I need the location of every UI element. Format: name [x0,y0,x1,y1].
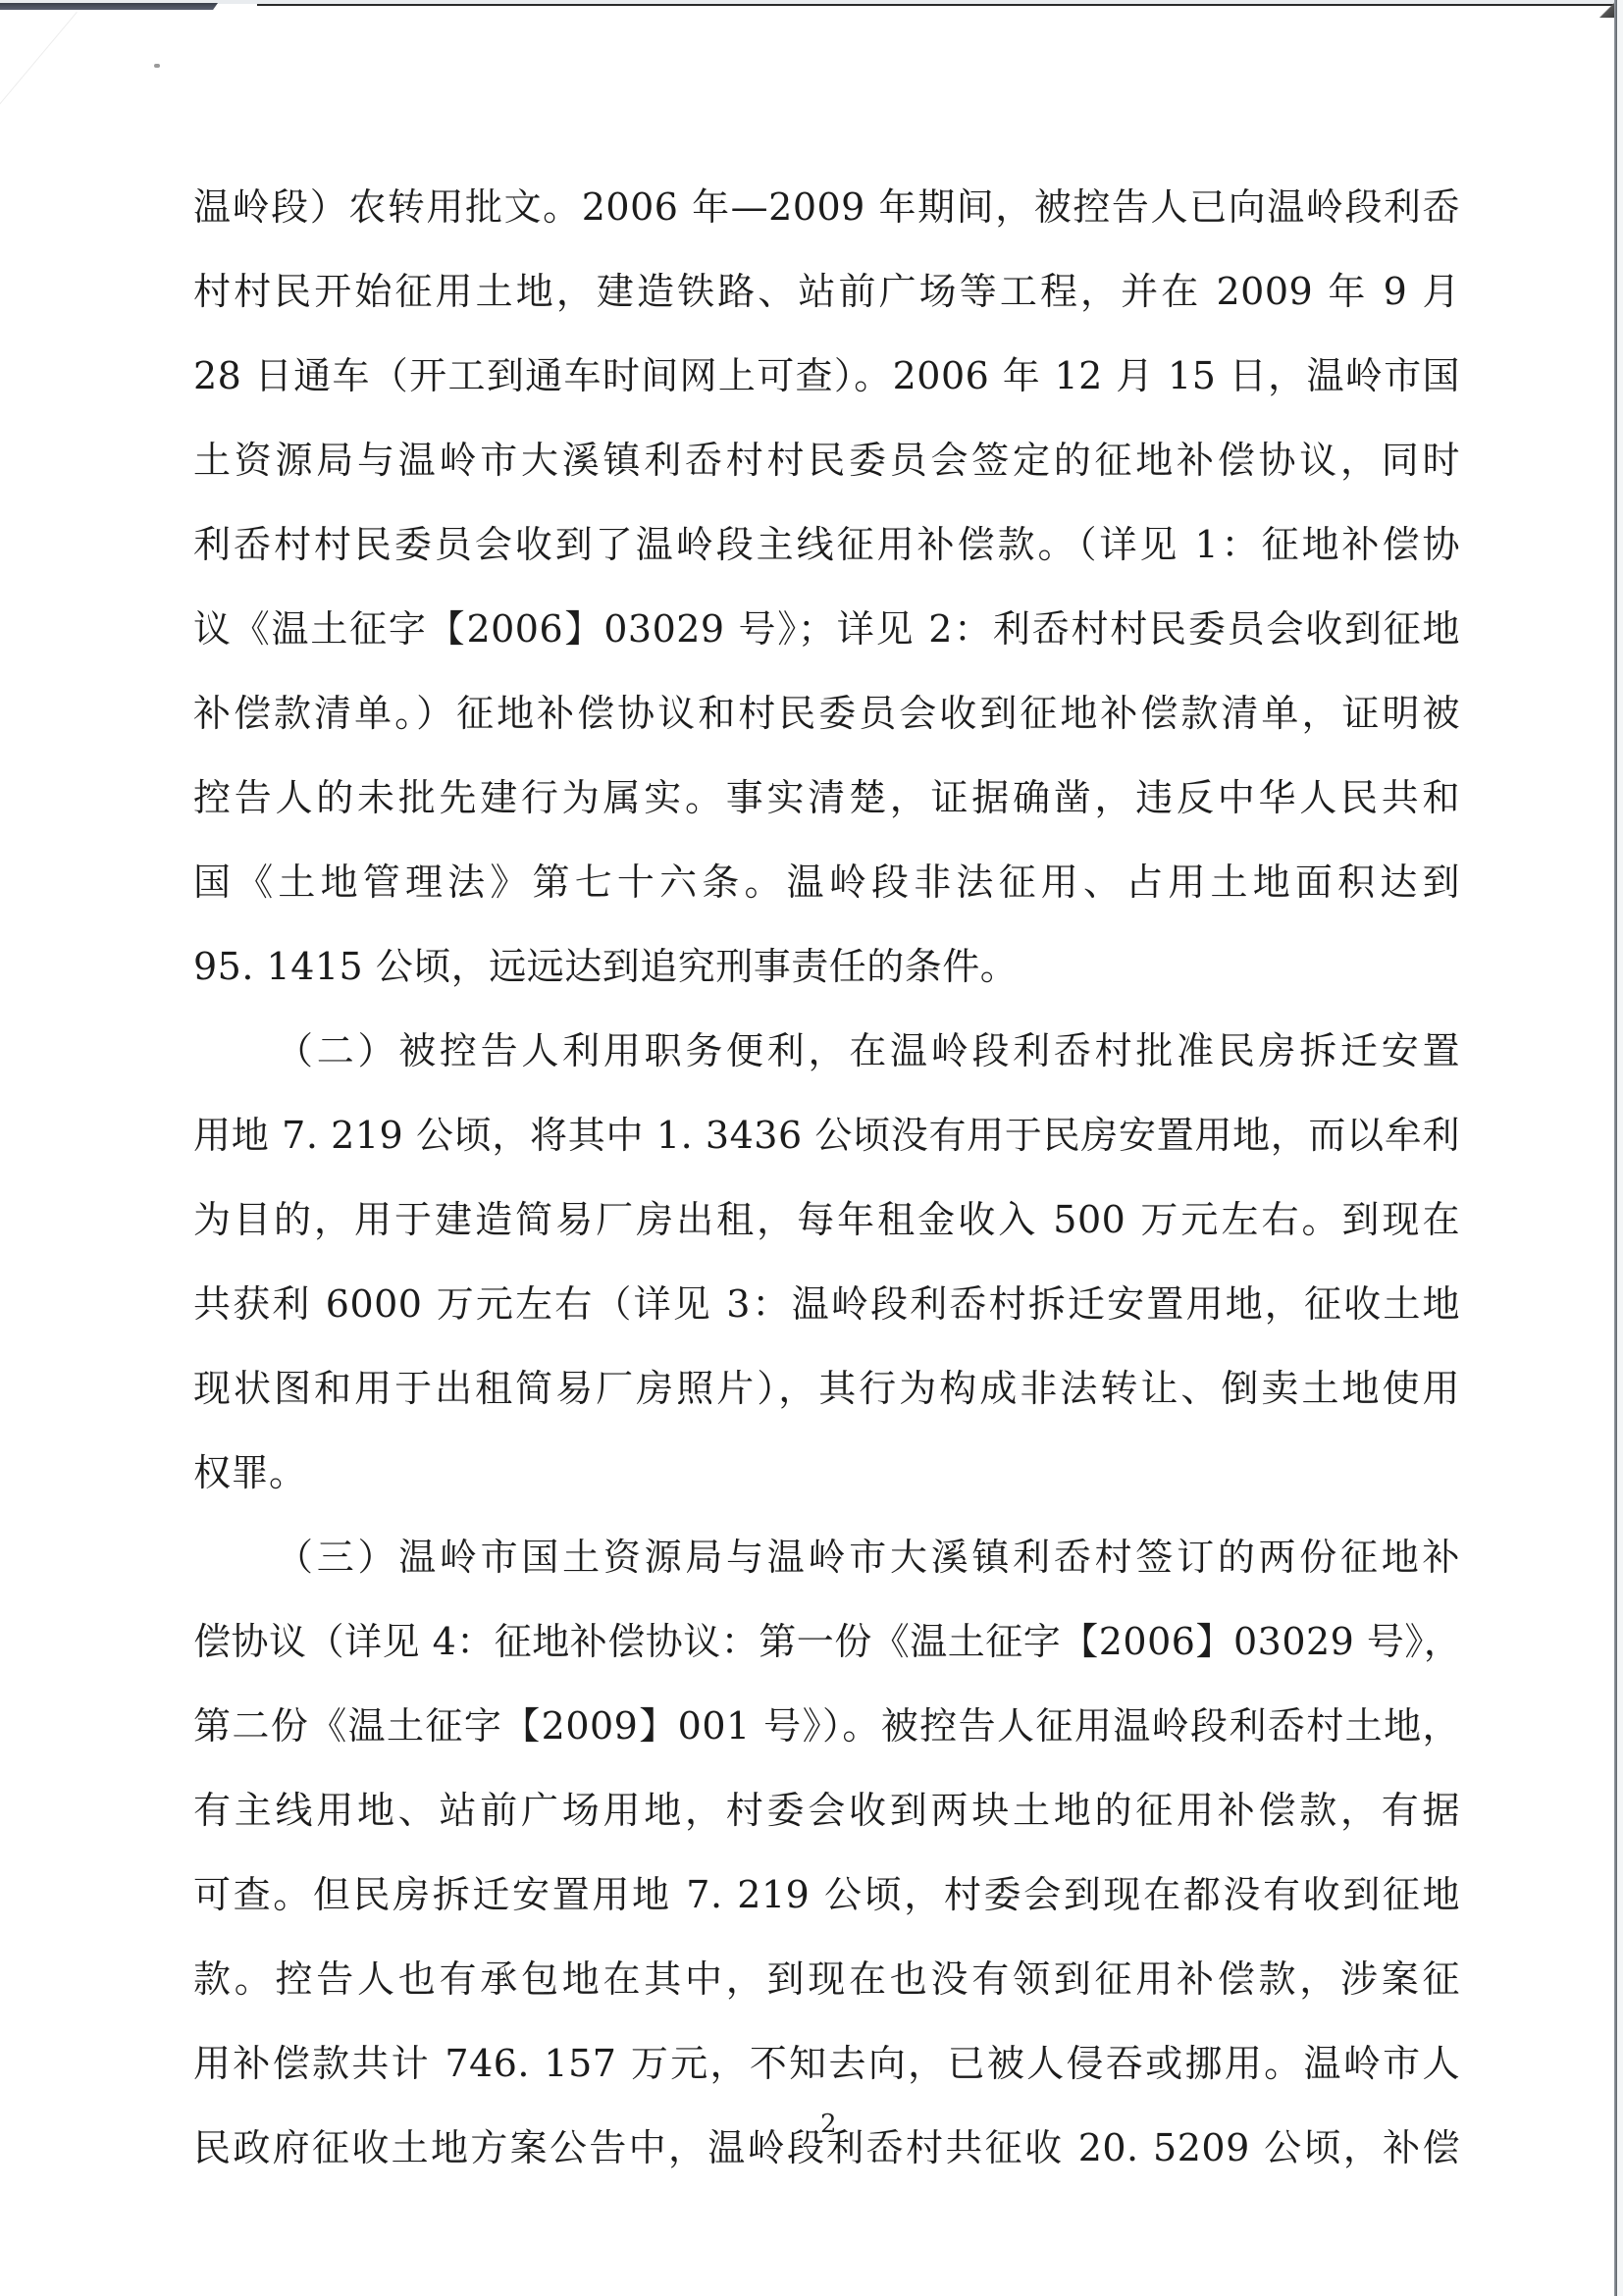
text-line: 可查。但民房拆迁安置用地 7. 219 公顷，村委会到现在都没有收到征地 [193,1862,1460,1947]
text-line: 有主线用地、站前广场用地，村委会收到两块土地的征用补偿款，有据 [193,1778,1460,1862]
section-heading-line: （三）温岭市国土资源局与温岭市大溪镇利岙村签订的两份征地补 [193,1525,1460,1609]
paragraph-continuation: 温岭段）农转用批文。2006 年—2009 年期间，被控告人已向温岭段利岙 村村… [193,175,1460,1018]
text-line: 温岭段）农转用批文。2006 年—2009 年期间，被控告人已向温岭段利岙 [193,175,1460,259]
text-line: 偿协议（详见 4：征地补偿协议：第一份《温土征字【2006】03029 号》， [193,1609,1460,1694]
scan-border-top-left [0,3,218,10]
text-line: 28 日通车（开工到通车时间网上可查）。2006 年 12 月 15 日，温岭市… [193,343,1460,428]
text-line: 为目的，用于建造简易厂房出租，每年租金收入 500 万元左右。到现在 [193,1187,1460,1272]
text-line: 利岙村村民委员会收到了温岭段主线征用补偿款。（详见 1：征地补偿协 [193,512,1460,597]
text-line: 第二份《温土征字【2009】001 号》）。被控告人征用温岭段利岙村土地， [193,1694,1460,1778]
paragraph-section-2: （二）被控告人利用职务便利，在温岭段利岙村批准民房拆迁安置 用地 7. 219 … [193,1018,1460,1525]
scan-border-top [257,4,1623,6]
text-line: 议《温土征字【2006】03029 号》；详见 2：利岙村村民委员会收到征地 [193,597,1460,681]
document-body: 温岭段）农转用批文。2006 年—2009 年期间，被控告人已向温岭段利岙 村村… [193,175,1460,2200]
text-line: 国《土地管理法》第七十六条。温岭段非法征用、占用土地面积达到 [193,850,1460,934]
text-line: 用补偿款共计 746. 157 万元，不知去向，已被人侵吞或挪用。温岭市人 [193,2031,1460,2115]
text-line: 用地 7. 219 公顷，将其中 1. 3436 公顷没有用于民房安置用地，而以… [193,1103,1460,1187]
text-line: 土资源局与温岭市大溪镇利岙村村民委员会签定的征地补偿协议，同时 [193,428,1460,512]
text-line: 共获利 6000 万元左右（详见 3：温岭段利岙村拆迁安置用地，征收土地 [193,1272,1460,1356]
page-number: 2 [820,2110,837,2139]
text-line: 款。控告人也有承包地在其中，到现在也没有领到征用补偿款，涉案征 [193,1947,1460,2031]
text-line: 权罪。 [193,1440,1460,1525]
text-line: 控告人的未批先建行为属实。事实清楚，证据确凿，违反中华人民共和 [193,765,1460,850]
text-line: 村村民开始征用土地，建造铁路、站前广场等工程，并在 2009 年 9 月 [193,259,1460,343]
text-line: 现状图和用于出租简易厂房照片），其行为构成非法转让、倒卖土地使用 [193,1356,1460,1440]
scan-speck [154,64,160,68]
scan-edge-right [1617,0,1623,2296]
text-line: 95. 1415 公顷，远远达到追究刑事责任的条件。 [193,934,1460,1018]
paragraph-section-3: （三）温岭市国土资源局与温岭市大溪镇利岙村签订的两份征地补 偿协议（详见 4：征… [193,1525,1460,2200]
text-line: 补偿款清单。）征地补偿协议和村民委员会收到征地补偿款清单，证明被 [193,681,1460,765]
paper-fold-line [0,12,78,126]
section-heading-line: （二）被控告人利用职务便利，在温岭段利岙村批准民房拆迁安置 [193,1018,1460,1103]
